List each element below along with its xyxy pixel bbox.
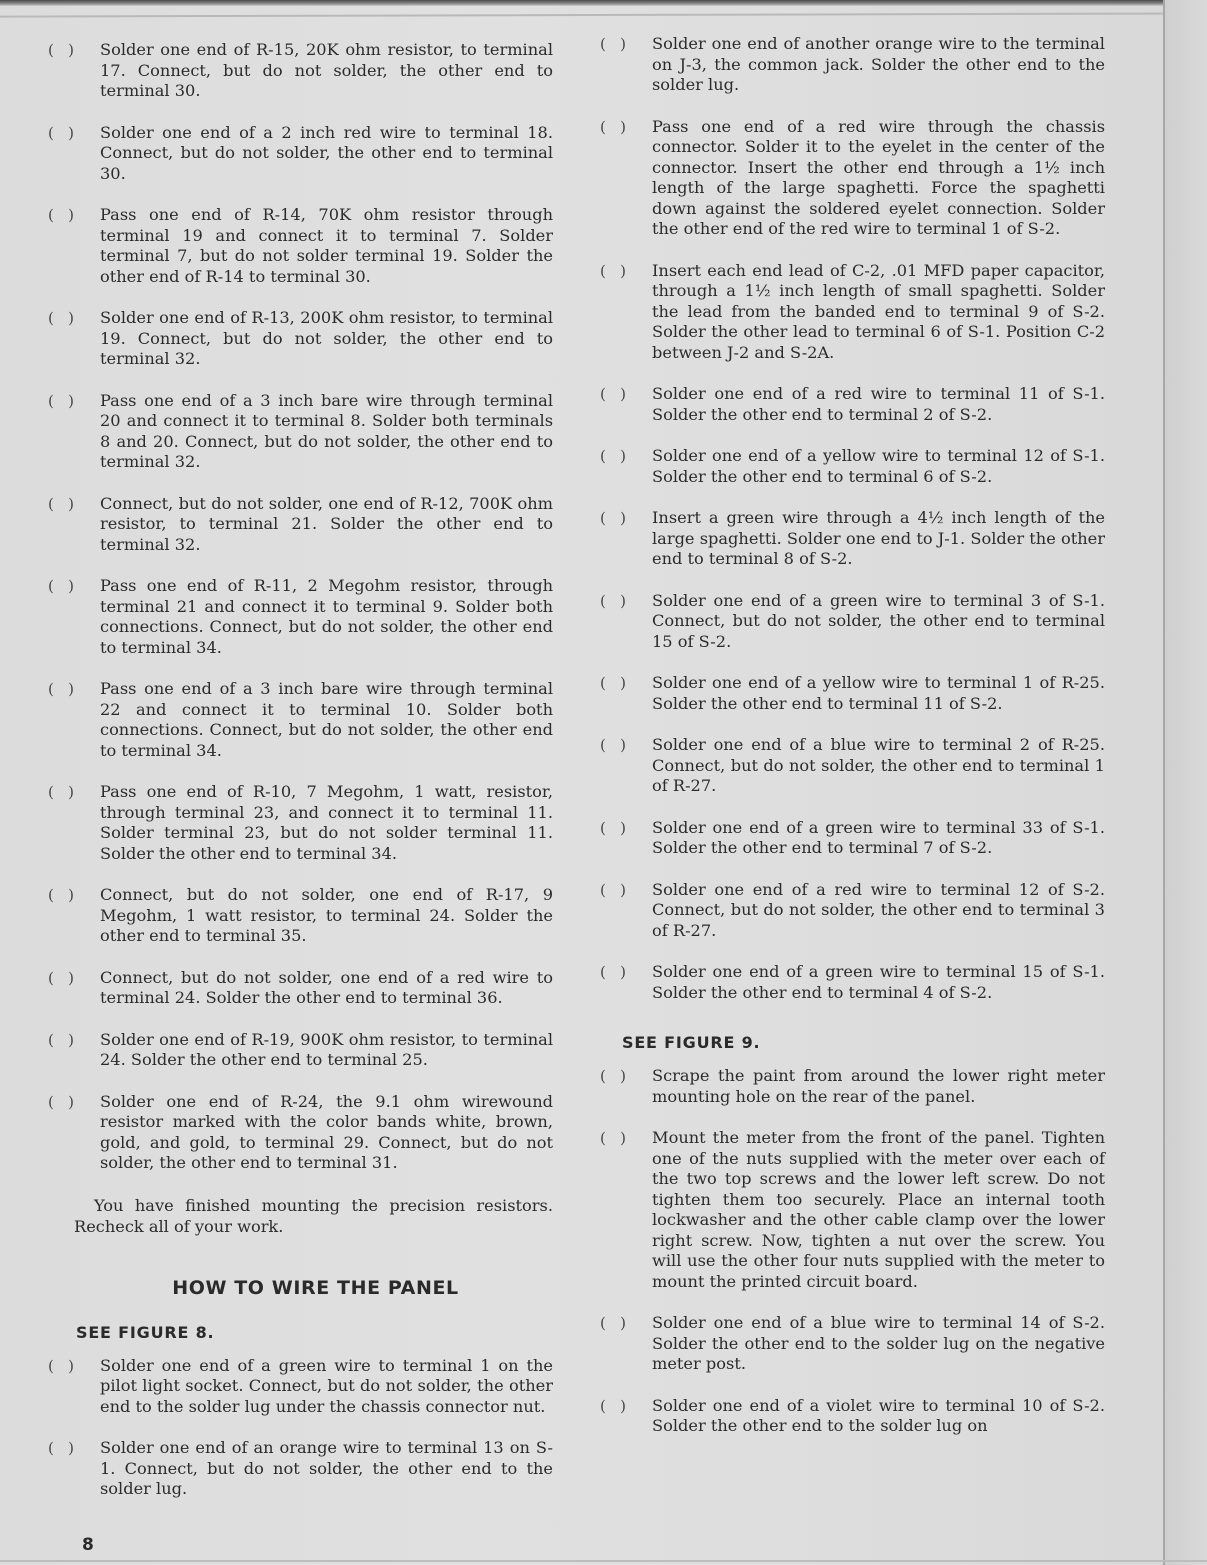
meter-steps: ( )Scrape the paint from around the lowe… <box>600 1066 1105 1437</box>
step-text: Solder one end of an orange wire to term… <box>100 1438 553 1500</box>
closing-paragraph: You have finished mounting the precision… <box>74 1195 553 1237</box>
checkbox-parentheses[interactable]: ( ) <box>48 968 74 989</box>
step-text: Connect, but do not solder, one end of R… <box>100 885 553 947</box>
step-text: Pass one end of a red wire through the c… <box>652 117 1105 240</box>
checklist-step: ( )Solder one end of a 2 inch red wire t… <box>48 123 553 185</box>
checkbox-parentheses[interactable]: ( ) <box>48 1030 74 1051</box>
checkbox-parentheses[interactable]: ( ) <box>48 40 74 61</box>
checkbox-parentheses[interactable]: ( ) <box>600 117 626 138</box>
step-text: Solder one end of a green wire to termin… <box>652 591 1105 653</box>
checklist-step: ( )Pass one end of a 3 inch bare wire th… <box>48 391 553 473</box>
checklist-step: ( )Solder one end of a violet wire to te… <box>600 1396 1105 1437</box>
step-text: Solder one end of R-13, 200K ohm resisto… <box>100 308 553 370</box>
step-text: Solder one end of another orange wire to… <box>652 34 1105 96</box>
checklist-step: ( )Insert each end lead of C-2, .01 MFD … <box>600 261 1105 364</box>
checkbox-parentheses[interactable]: ( ) <box>600 384 626 405</box>
checkbox-parentheses[interactable]: ( ) <box>600 34 626 55</box>
checklist-step: ( )Solder one end of a yellow wire to te… <box>600 673 1105 714</box>
step-text: Pass one end of R-11, 2 Megohm resistor,… <box>100 576 553 658</box>
checklist-step: ( )Solder one end of a green wire to ter… <box>48 1356 553 1418</box>
checkbox-parentheses[interactable]: ( ) <box>600 508 626 529</box>
checkbox-parentheses[interactable]: ( ) <box>48 308 74 329</box>
checkbox-parentheses[interactable]: ( ) <box>600 261 626 282</box>
checklist-step: ( )Solder one end of a red wire to termi… <box>600 880 1105 942</box>
step-text: Solder one end of a yellow wire to termi… <box>652 446 1105 487</box>
checklist-step: ( )Pass one end of a 3 inch bare wire th… <box>48 679 553 761</box>
checklist-step: ( )Solder one end of a blue wire to term… <box>600 1313 1105 1375</box>
checkbox-parentheses[interactable]: ( ) <box>48 1092 74 1113</box>
checklist-step: ( )Mount the meter from the front of the… <box>600 1128 1105 1292</box>
step-text: Solder one end of a 2 inch red wire to t… <box>100 123 553 185</box>
step-text: Connect, but do not solder, one end of a… <box>100 968 553 1009</box>
checklist-step: ( )Solder one end of R-15, 20K ohm resis… <box>48 40 553 102</box>
step-text: Insert a green wire through a 4½ inch le… <box>652 508 1105 570</box>
step-text: Solder one end of a violet wire to termi… <box>652 1396 1105 1437</box>
step-text: Scrape the paint from around the lower r… <box>652 1066 1105 1107</box>
checklist-step: ( )Connect, but do not solder, one end o… <box>48 968 553 1009</box>
checklist-step: ( )Connect, but do not solder, one end o… <box>48 494 553 556</box>
checklist-step: ( )Solder one end of R-24, the 9.1 ohm w… <box>48 1092 553 1174</box>
checklist-step: ( )Solder one end of a yellow wire to te… <box>600 446 1105 487</box>
checkbox-parentheses[interactable]: ( ) <box>600 591 626 612</box>
checkbox-parentheses[interactable]: ( ) <box>48 576 74 597</box>
checklist-step: ( )Solder one end of an orange wire to t… <box>48 1438 553 1500</box>
checklist-step: ( )Solder one end of another orange wire… <box>600 34 1105 96</box>
page-bottom-edge <box>0 1560 1207 1562</box>
step-text: Solder one end of a green wire to termin… <box>652 818 1105 859</box>
page-number: 8 <box>82 1535 94 1555</box>
checkbox-parentheses[interactable]: ( ) <box>48 205 74 226</box>
checkbox-parentheses[interactable]: ( ) <box>48 494 74 515</box>
step-text: Solder one end of a yellow wire to termi… <box>652 673 1105 714</box>
checklist-step: ( )Solder one end of R-13, 200K ohm resi… <box>48 308 553 370</box>
step-text: Insert each end lead of C-2, .01 MFD pap… <box>652 261 1105 364</box>
right-column: ( )Solder one end of another orange wire… <box>600 34 1105 1458</box>
checklist-step: ( )Solder one end of a red wire to termi… <box>600 384 1105 425</box>
checkbox-parentheses[interactable]: ( ) <box>600 735 626 756</box>
checklist-step: ( )Pass one end of R-11, 2 Megohm resist… <box>48 576 553 658</box>
step-text: Solder one end of a red wire to terminal… <box>652 384 1105 425</box>
step-text: Solder one end of a green wire to termin… <box>652 962 1105 1003</box>
checkbox-parentheses[interactable]: ( ) <box>48 1356 74 1377</box>
checklist-step: ( )Solder one end of a blue wire to term… <box>600 735 1105 797</box>
figure-reference: SEE FIGURE 8. <box>76 1323 553 1342</box>
manual-page: ( )Solder one end of R-15, 20K ohm resis… <box>0 0 1207 1565</box>
step-text: Solder one end of R-19, 900K ohm resisto… <box>100 1030 553 1071</box>
checkbox-parentheses[interactable]: ( ) <box>600 962 626 983</box>
page-top-edge <box>0 0 1207 6</box>
step-text: Mount the meter from the front of the pa… <box>652 1128 1105 1292</box>
step-text: Solder one end of R-15, 20K ohm resistor… <box>100 40 553 102</box>
checkbox-parentheses[interactable]: ( ) <box>600 1396 626 1417</box>
checkbox-parentheses[interactable]: ( ) <box>600 446 626 467</box>
step-text: Solder one end of a blue wire to termina… <box>652 735 1105 797</box>
checklist-step: ( )Insert a green wire through a 4½ inch… <box>600 508 1105 570</box>
checkbox-parentheses[interactable]: ( ) <box>600 818 626 839</box>
page-crease <box>0 12 1207 17</box>
step-text: Solder one end of a red wire to terminal… <box>652 880 1105 942</box>
left-column: ( )Solder one end of R-15, 20K ohm resis… <box>48 40 553 1521</box>
checklist-step: ( )Scrape the paint from around the lowe… <box>600 1066 1105 1107</box>
step-text: Pass one end of a 3 inch bare wire throu… <box>100 391 553 473</box>
checkbox-parentheses[interactable]: ( ) <box>600 673 626 694</box>
checkbox-parentheses[interactable]: ( ) <box>48 1438 74 1459</box>
checklist-step: ( )Solder one end of a green wire to ter… <box>600 591 1105 653</box>
step-text: Pass one end of R-10, 7 Megohm, 1 watt, … <box>100 782 553 864</box>
checklist-step: ( )Solder one end of a green wire to ter… <box>600 818 1105 859</box>
step-text: Solder one end of R-24, the 9.1 ohm wire… <box>100 1092 553 1174</box>
panel-wiring-steps: ( )Solder one end of a green wire to ter… <box>48 1356 553 1500</box>
resistor-steps: ( )Solder one end of R-15, 20K ohm resis… <box>48 40 553 1174</box>
checkbox-parentheses[interactable]: ( ) <box>600 1066 626 1087</box>
section-heading: HOW TO WIRE THE PANEL <box>78 1277 553 1299</box>
checkbox-parentheses[interactable]: ( ) <box>48 782 74 803</box>
checkbox-parentheses[interactable]: ( ) <box>600 880 626 901</box>
checklist-step: ( )Pass one end of R-14, 70K ohm resisto… <box>48 205 553 287</box>
checklist-step: ( )Pass one end of a red wire through th… <box>600 117 1105 240</box>
checklist-step: ( )Pass one end of R-10, 7 Megohm, 1 wat… <box>48 782 553 864</box>
step-text: Solder one end of a blue wire to termina… <box>652 1313 1105 1375</box>
figure-reference: SEE FIGURE 9. <box>622 1033 1105 1052</box>
adjacent-page-edge <box>1165 0 1207 1565</box>
checkbox-parentheses[interactable]: ( ) <box>48 391 74 412</box>
checkbox-parentheses[interactable]: ( ) <box>48 679 74 700</box>
checkbox-parentheses[interactable]: ( ) <box>48 123 74 144</box>
step-text: Pass one end of a 3 inch bare wire throu… <box>100 679 553 761</box>
wiring-steps: ( )Solder one end of another orange wire… <box>600 34 1105 1003</box>
step-text: Connect, but do not solder, one end of R… <box>100 494 553 556</box>
checkbox-parentheses[interactable]: ( ) <box>600 1128 626 1149</box>
step-text: Pass one end of R-14, 70K ohm resistor t… <box>100 205 553 287</box>
checkbox-parentheses[interactable]: ( ) <box>48 885 74 906</box>
checkbox-parentheses[interactable]: ( ) <box>600 1313 626 1334</box>
checklist-step: ( )Solder one end of a green wire to ter… <box>600 962 1105 1003</box>
step-text: Solder one end of a green wire to termin… <box>100 1356 553 1418</box>
checklist-step: ( )Connect, but do not solder, one end o… <box>48 885 553 947</box>
checklist-step: ( )Solder one end of R-19, 900K ohm resi… <box>48 1030 553 1071</box>
